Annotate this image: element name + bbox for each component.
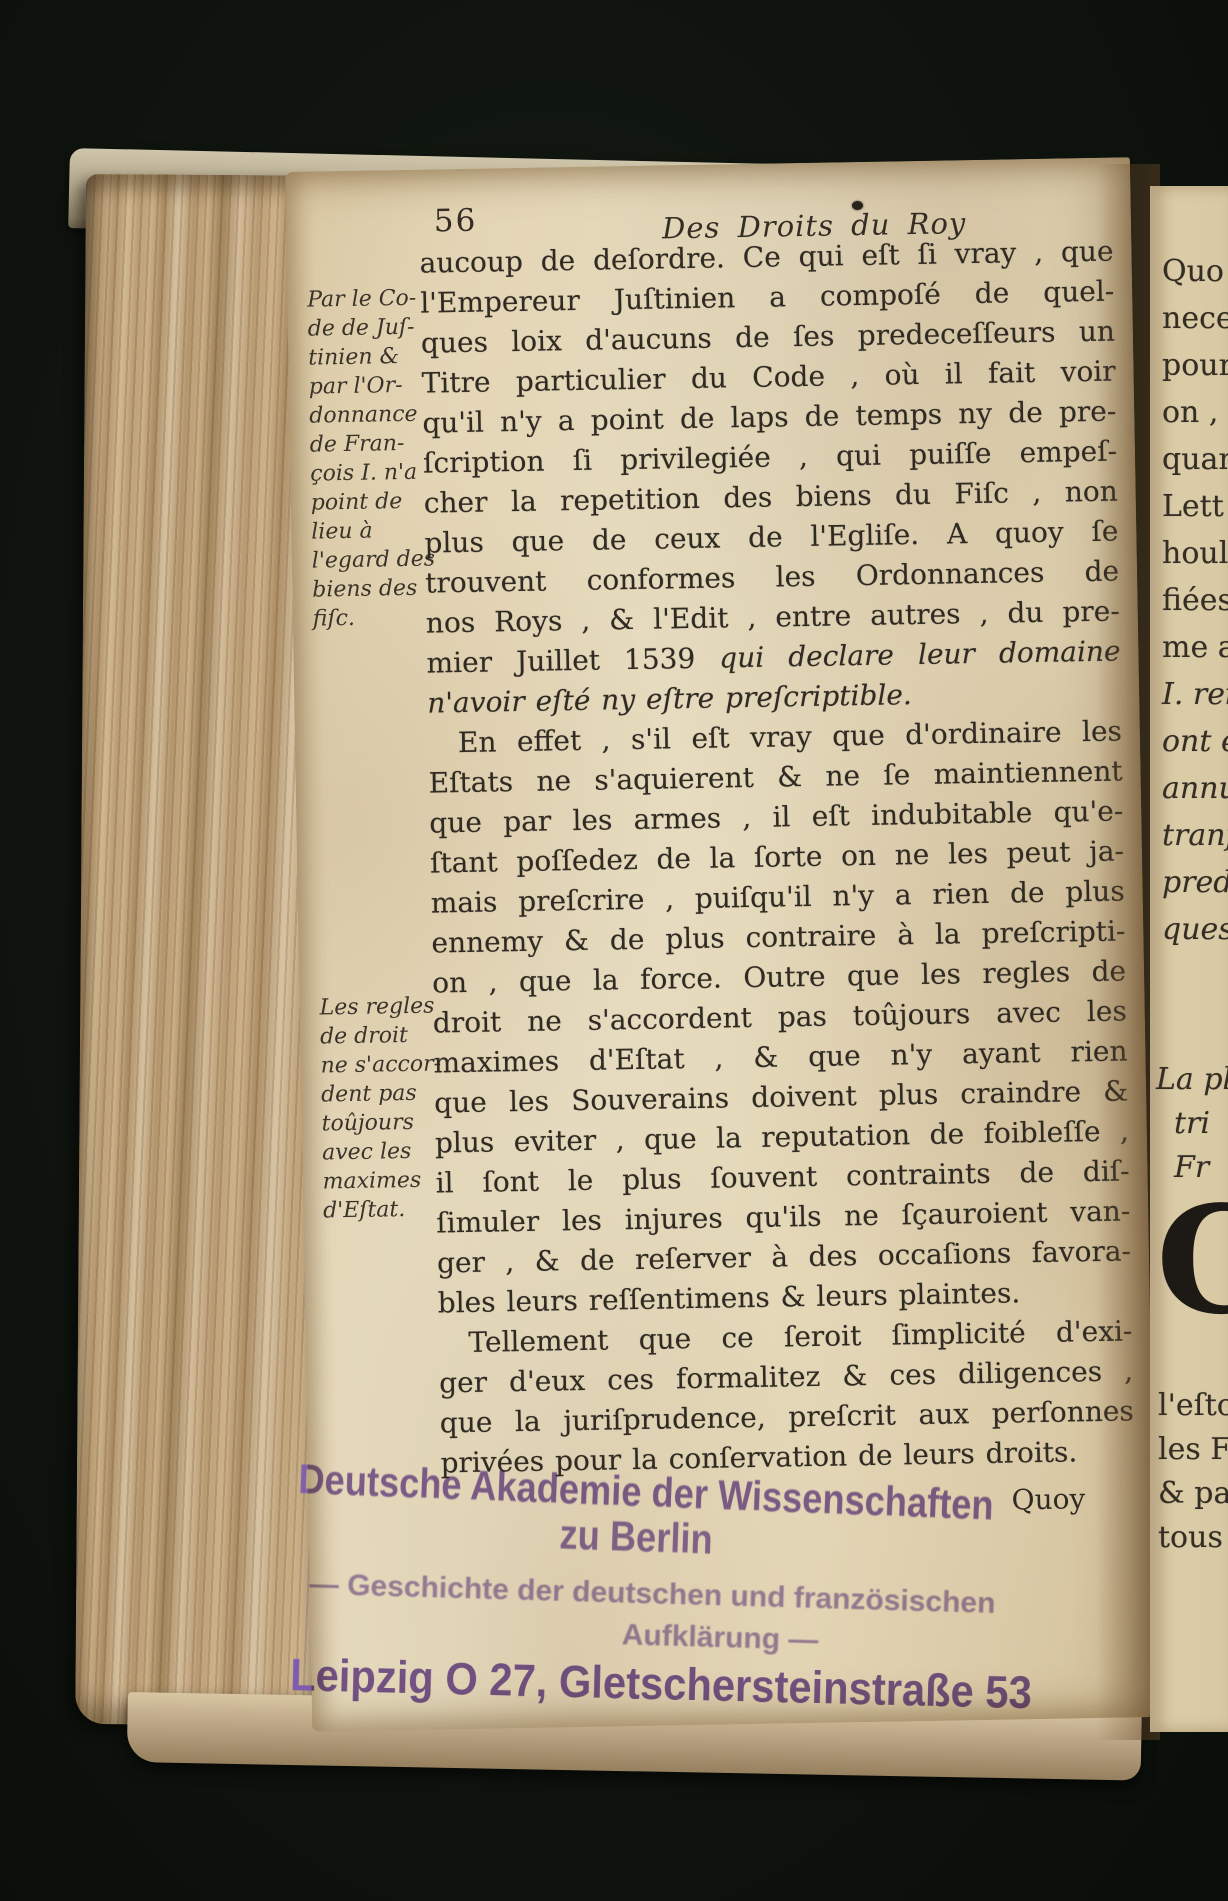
book-photograph: { "book": { "page_number": "56", "runnin… bbox=[0, 0, 1228, 1901]
facing-text-line: tranſ bbox=[1162, 812, 1228, 859]
text-segment: les Fr bbox=[1158, 1428, 1228, 1472]
facing-text-line: Lett bbox=[1162, 483, 1228, 530]
text-segment: mier Juillet 1539 bbox=[426, 641, 719, 679]
facing-text-line: annu bbox=[1162, 765, 1228, 812]
text-segment: tranſ bbox=[1162, 812, 1228, 859]
facing-text-line: I. rei bbox=[1162, 671, 1228, 718]
facing-text-line: les Fr bbox=[1158, 1428, 1228, 1472]
stamp-geschichte-line1: — Geschichte der deutschen und französis… bbox=[308, 1568, 996, 1621]
facing-page-sliver: Quonecepouron ,quanLetthoulfiéesme aI. r… bbox=[1150, 186, 1228, 1732]
facing-text-line: l'eſtoi bbox=[1158, 1384, 1228, 1428]
facing-text-bottom: l'eſtoiles Fr& partous bbox=[1158, 1384, 1228, 1560]
facing-text-line: me a bbox=[1162, 624, 1228, 671]
facing-text-line: La pl bbox=[1156, 1058, 1228, 1102]
facing-text-top: Quonecepouron ,quanLetthoulfiéesme aI. r… bbox=[1162, 248, 1228, 953]
text-segment: me a bbox=[1162, 624, 1228, 671]
text-segment: bles leurs reſſentimens & leurs plaintes… bbox=[437, 1276, 1020, 1319]
facing-text-line: fiées bbox=[1162, 577, 1228, 624]
facing-text-line: nece bbox=[1162, 295, 1228, 342]
text-segment: Quo bbox=[1162, 248, 1224, 295]
text-segment: I. rei bbox=[1162, 671, 1228, 718]
text-segment: ques bbox=[1162, 906, 1228, 953]
facing-text-line: ont e bbox=[1162, 718, 1228, 765]
text-segment: ger , & de reſerver à des occaſions favo… bbox=[437, 1234, 1131, 1279]
text-segment: tri bbox=[1174, 1102, 1210, 1146]
paper-speck bbox=[852, 201, 863, 210]
facing-text-line: houl bbox=[1162, 530, 1228, 577]
text-segment: ont e bbox=[1162, 718, 1228, 765]
facing-text-line: & par bbox=[1158, 1472, 1228, 1516]
text-segment: fiées bbox=[1162, 577, 1228, 624]
stamp-akademie-line2: zu Berlin bbox=[559, 1511, 714, 1563]
text-segment: prede bbox=[1162, 859, 1228, 906]
body-text: aucoup de deſordre. Ce qui eſt ſi vray ,… bbox=[419, 232, 1135, 1484]
text-segment: on , bbox=[1162, 389, 1218, 436]
text-segment: & par bbox=[1158, 1472, 1228, 1516]
text-segment: nece bbox=[1162, 295, 1228, 342]
facing-text-line: tri bbox=[1174, 1102, 1228, 1146]
page-number: 56 bbox=[434, 203, 478, 240]
text-segment: n'avoir eſté ny eſtre preſcriptible. bbox=[427, 678, 912, 719]
left-page: 56 Des Droits du Roy Par le Co-de de Juſ… bbox=[285, 157, 1157, 1732]
facing-text-line: tous bbox=[1158, 1516, 1228, 1560]
stamp-geschichte-line2: Aufklärung — bbox=[621, 1618, 819, 1657]
text-segment: pour bbox=[1162, 342, 1228, 389]
facing-text-middle: La pltriFr bbox=[1156, 1058, 1228, 1190]
text-segment: l'eſtoi bbox=[1158, 1384, 1228, 1428]
text-segment: houl bbox=[1162, 530, 1228, 577]
facing-text-line: prede bbox=[1162, 859, 1228, 906]
stamp-address: Leipzig O 27, Gletschersteinstraße 53 bbox=[290, 1650, 1033, 1720]
text-segment: Lett bbox=[1162, 483, 1224, 530]
text-segment: tous bbox=[1158, 1516, 1223, 1560]
text-segment: qui declare leur domaine bbox=[719, 634, 1121, 674]
facing-text-line: ques bbox=[1162, 906, 1228, 953]
text-segment: annu bbox=[1162, 765, 1228, 812]
text-segment: quan bbox=[1162, 436, 1228, 483]
facing-text-line: Quo bbox=[1162, 248, 1228, 295]
facing-drop-cap: C bbox=[1156, 1186, 1228, 1334]
facing-text-line: on , bbox=[1162, 389, 1228, 436]
facing-text-line: pour bbox=[1162, 342, 1228, 389]
text-segment: La pl bbox=[1156, 1058, 1228, 1102]
facing-text-line: quan bbox=[1162, 436, 1228, 483]
